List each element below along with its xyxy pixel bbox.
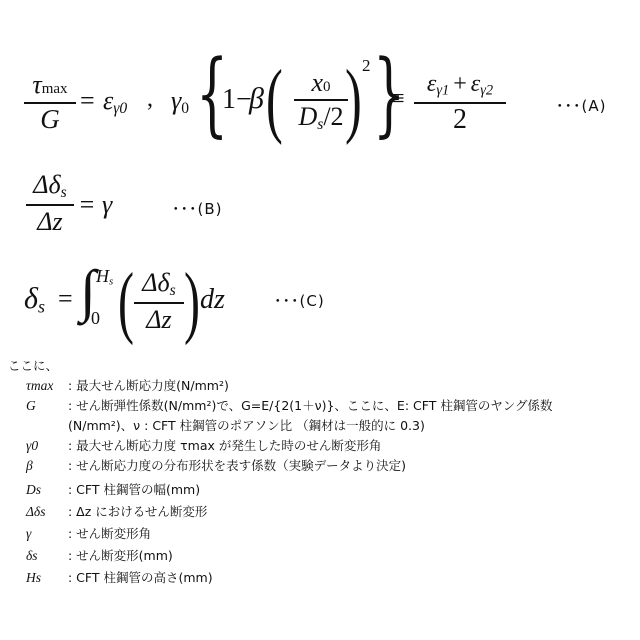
delta-z-denominator: Δz [37, 209, 62, 235]
eps-symbol: ε [427, 71, 436, 97]
legend-symbol: Δδs [26, 502, 68, 522]
legend-symbol: Ds [26, 480, 68, 500]
delta-subscript: s [38, 297, 45, 317]
delta-s: δs [24, 282, 45, 318]
eq-a-rhs-fraction: εγ1+εγ2 2 [414, 72, 506, 134]
legend-text: : せん断変形(mm) [68, 548, 173, 563]
legend-symbol: G [26, 396, 68, 416]
two-denominator: 2 [453, 106, 467, 134]
legend-item: τmax: 最大せん断応力度(N/mm²) [26, 376, 229, 396]
eq-a-inner-fraction: x0 Ds/2 [294, 70, 348, 132]
legend-symbol: β [26, 456, 68, 476]
fraction-bar [26, 204, 74, 206]
delta-subscript: s [61, 184, 67, 201]
legend-text: : CFT 柱鋼管の幅(mm) [68, 482, 200, 497]
right-paren: ) [345, 58, 362, 142]
legend-text: : CFT 柱鋼管の高さ(mm) [68, 570, 213, 585]
legend-item: (N/mm²)、ν : CFT 柱鋼管のポアソン比 （鋼材は一般的に 0.3) [26, 416, 425, 436]
eq-c-fraction: Δδs Δz [134, 270, 184, 333]
tau-symbol: τ [32, 70, 41, 99]
h-subscript: s [109, 276, 113, 288]
gamma0: γ0 [171, 86, 189, 118]
slash-two: /2 [323, 102, 343, 131]
exponent-two: 2 [362, 56, 371, 76]
h-symbol: H [96, 266, 109, 286]
delta-delta-symbol: Δδ [33, 170, 60, 199]
comma: , [147, 86, 153, 113]
legend-text: : Δz におけるせん断変形 [68, 504, 207, 519]
legend-item: Δδs: Δz におけるせん断変形 [26, 502, 207, 522]
eps-gamma0: εγ0 [103, 86, 127, 118]
g-denominator: G [40, 106, 60, 133]
legend-text: (N/mm²)、ν : CFT 柱鋼管のポアソン比 （鋼材は一般的に 0.3) [68, 418, 425, 433]
upper-limit: Hs [96, 266, 113, 288]
equation-tag-a: ･･･(A) [556, 95, 606, 116]
delta-delta-symbol: Δδ [142, 268, 169, 297]
legend-item: Ds: CFT 柱鋼管の幅(mm) [26, 480, 200, 500]
legend-intro: ここに、 [8, 356, 58, 376]
equals-sign: = [58, 284, 73, 314]
equation-tag-c: ･･･(C) [274, 290, 325, 311]
legend-item: Hs: CFT 柱鋼管の高さ(mm) [26, 568, 213, 588]
d-symbol: D [298, 102, 317, 131]
lower-limit: 0 [91, 308, 100, 329]
eps-subscript: γ2 [480, 83, 493, 99]
eps-symbol: ε [103, 86, 113, 115]
gamma-subscript: 0 [181, 100, 189, 117]
eps-symbol: ε [471, 71, 480, 97]
equals-gamma: = γ [78, 190, 112, 220]
legend-item: δs: せん断変形(mm) [26, 546, 173, 566]
legend-symbol: Hs [26, 568, 68, 588]
eq-b-fraction: Δδs Δz [26, 172, 74, 235]
delta-z-denominator: Δz [146, 307, 171, 333]
legend-text: : せん断応力度の分布形状を表す係数（実験データより決定) [68, 458, 406, 473]
legend-symbol: γ0 [26, 436, 68, 456]
equals-sign: = [80, 86, 95, 116]
plus-sign: + [449, 71, 471, 97]
legend-text: : せん断変形角 [68, 526, 151, 541]
legend-text: : 最大せん断応力度 τmax が発生した時のせん断変形角 [68, 438, 381, 453]
equiv-sign: ≡ [391, 86, 405, 113]
dz: dz [200, 284, 225, 316]
left-paren: ( [118, 262, 134, 342]
legend-item: G: せん断弾性係数(N/mm²)で、G=E/{2(1＋ν)}、ここに、E: C… [26, 396, 552, 416]
legend-text: : せん断弾性係数(N/mm²)で、G=E/{2(1＋ν)}、ここに、E: CF… [68, 398, 552, 413]
tau-subscript: max [42, 81, 68, 97]
legend-item: β: せん断応力度の分布形状を表す係数（実験データより決定) [26, 456, 406, 476]
legend-item: γ: せん断変形角 [26, 524, 151, 544]
eps-subscript: γ1 [436, 83, 449, 99]
eq-a-lhs-fraction: τmax G [24, 72, 76, 133]
left-paren: ( [266, 58, 283, 142]
x-subscript: 0 [323, 79, 331, 95]
legend-symbol: τmax [26, 376, 68, 396]
legend-item: γ0: 最大せん断応力度 τmax が発生した時のせん断変形角 [26, 436, 381, 456]
delta-subscript: s [170, 282, 176, 299]
fraction-bar [294, 99, 348, 101]
one-minus: 1− [222, 84, 252, 116]
beta-symbol: β [249, 82, 264, 116]
legend-symbol: γ [26, 524, 68, 544]
x-symbol: x [311, 68, 323, 97]
delta-symbol: δ [24, 282, 38, 315]
eps-subscript: γ0 [113, 100, 127, 117]
equation-tag-b: ･･･(B) [172, 198, 223, 219]
fraction-bar [134, 302, 184, 304]
right-paren: ) [184, 262, 200, 342]
gamma-symbol: γ [171, 86, 181, 115]
legend-symbol: δs [26, 546, 68, 566]
legend-text: : 最大せん断応力度(N/mm²) [68, 378, 229, 393]
